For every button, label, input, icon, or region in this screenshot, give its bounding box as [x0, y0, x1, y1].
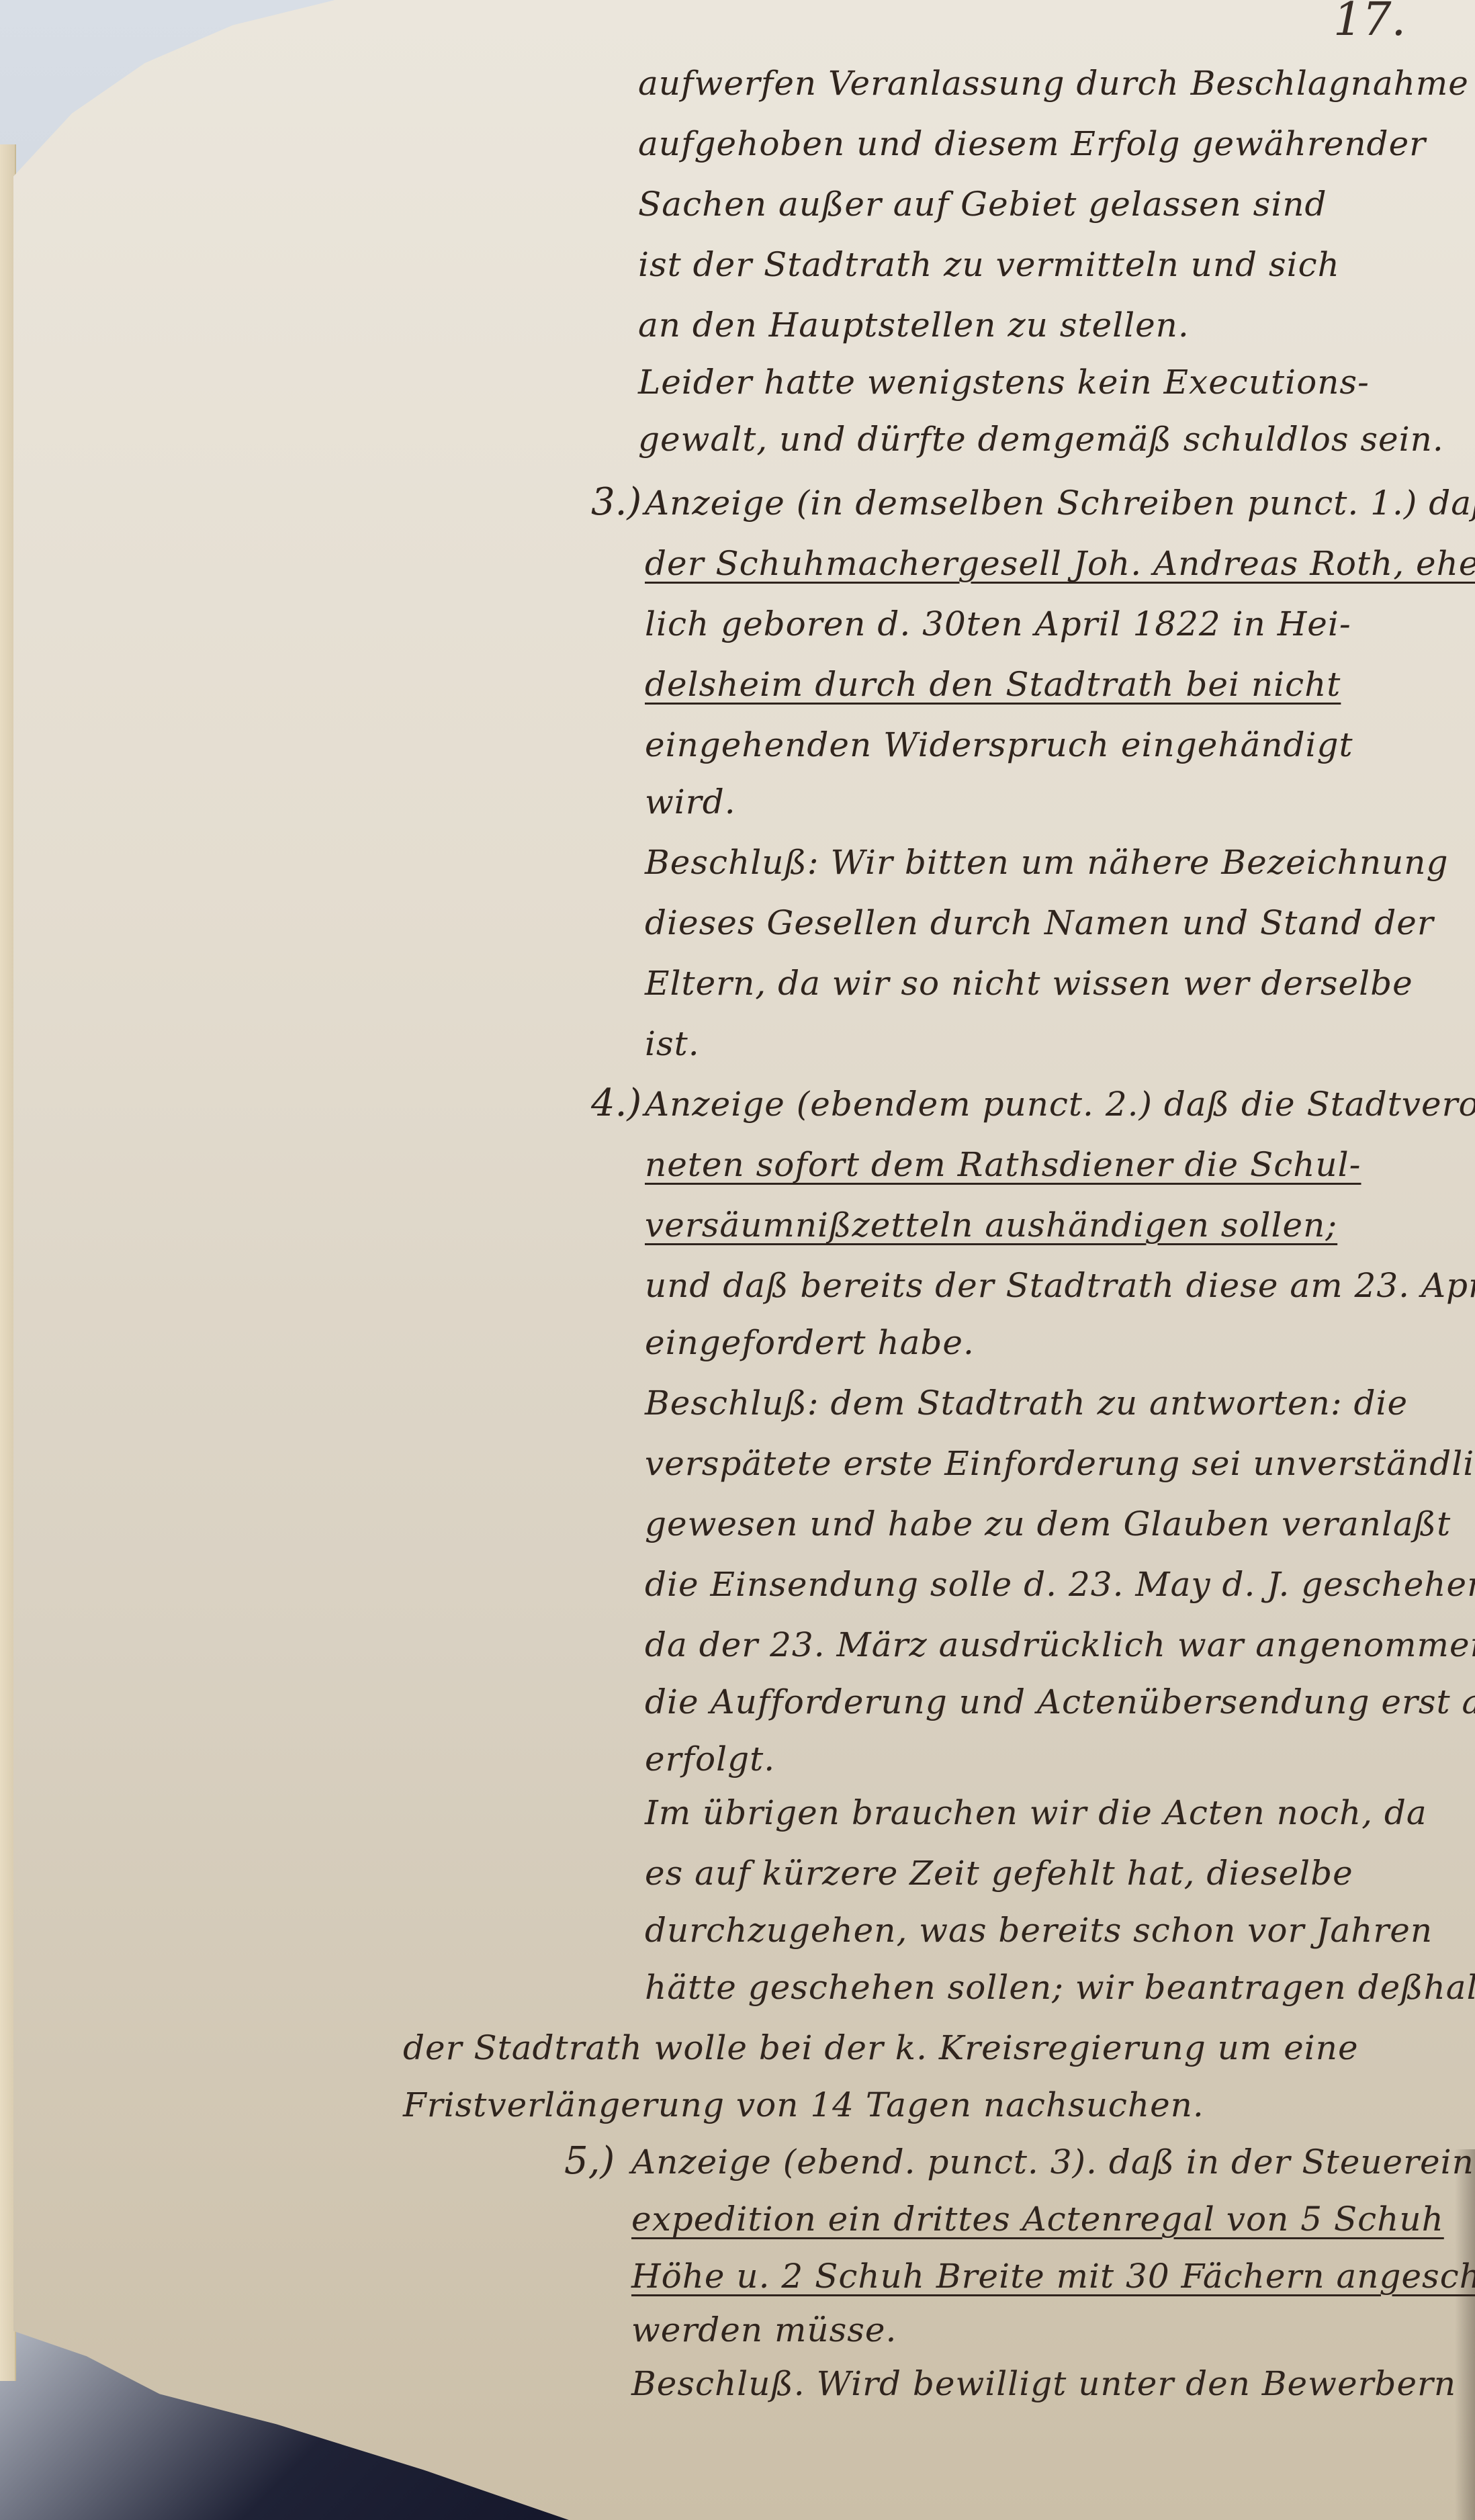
resolution-line: Beschluß: dem Stadtrath zu antworten: di… — [645, 1384, 1408, 1423]
resolution-line: Eltern, da wir so nicht wissen wer derse… — [645, 964, 1413, 1003]
resolution-line: die Aufforderung und Actenübersendung er… — [645, 1682, 1475, 1721]
resolution-line: Im übrigen brauchen wir die Acten noch, … — [645, 1793, 1427, 1832]
text-line: gewalt, und dürfte demgemäß schuldlos se… — [638, 420, 1444, 459]
page-edge-shadow — [1455, 2149, 1475, 2520]
text-line: Anzeige (ebend. punct. 3). daß in der St… — [631, 2143, 1475, 2181]
resolution-line: erfolgt. — [645, 1740, 775, 1779]
resolution-line: durchzugehen, was bereits schon vor Jahr… — [645, 1911, 1433, 1950]
text-line: aufwerfen Veranlassung durch Beschlagnah… — [638, 64, 1469, 103]
resolution-line: da der 23. März ausdrücklich war angenom… — [645, 1625, 1475, 1664]
resolution-line: es auf kürzere Zeit gefehlt hat, dieselb… — [645, 1854, 1353, 1893]
resolution-line: Beschluß. Wird bewilligt unter den Bewer… — [631, 2364, 1456, 2403]
text-line: Sachen außer auf Gebiet gelassen sind — [638, 185, 1327, 224]
item-number: 4.) — [591, 1081, 641, 1125]
text-line: und daß bereits der Stadtrath diese am 2… — [645, 1266, 1475, 1305]
resolution-line: dieses Gesellen durch Namen und Stand de… — [645, 903, 1434, 942]
item-number: 5,) — [564, 2139, 615, 2183]
text-line: Höhe u. 2 Schuh Breite mit 30 Fächern an… — [631, 2257, 1475, 2296]
resolution-line: Fristverlängerung von 14 Tagen nachsuche… — [403, 2085, 1204, 2124]
resolution-line: verspätete erste Einforderung sei unvers… — [645, 1444, 1475, 1483]
text-line: lich geboren d. 30ten April 1822 in Hei- — [645, 604, 1351, 643]
text-line: ist der Stadtrath zu vermitteln und sich — [638, 245, 1340, 284]
text-line: Anzeige (in demselben Schreiben punct. 1… — [645, 484, 1475, 523]
text-line: wird. — [645, 782, 736, 821]
folio-number: 17. — [1333, 0, 1406, 46]
text-line: eingehenden Widerspruch eingehändigt — [645, 725, 1353, 764]
text-line: neten sofort dem Rathsdiener die Schul- — [645, 1145, 1361, 1184]
resolution-line: der Stadtrath wolle bei der k. Kreisregi… — [403, 2028, 1359, 2067]
resolution-line: Beschluß: Wir bitten um nähere Bezeichnu… — [645, 843, 1448, 882]
text-line: an den Hauptstellen zu stellen. — [638, 306, 1190, 345]
text-line: aufgehoben und diesem Erfolg gewährender — [638, 124, 1426, 163]
item-number: 3.) — [591, 480, 641, 524]
resolution-line: gewesen und habe zu dem Glauben veranlaß… — [645, 1504, 1451, 1543]
text-line: Leider hatte wenigstens kein Executions- — [638, 363, 1370, 402]
resolution-line: ist. — [645, 1024, 700, 1063]
text-line: werden müsse. — [631, 2310, 897, 2349]
text-line: eingefordert habe. — [645, 1323, 975, 1362]
text-line: expedition ein drittes Actenregal von 5 … — [631, 2200, 1444, 2239]
resolution-line: hätte geschehen sollen; wir beantragen d… — [645, 1968, 1475, 2007]
text-line: Anzeige (ebendem punct. 2.) daß die Stad… — [645, 1085, 1475, 1124]
text-line: versäumnißzetteln aushändigen sollen; — [645, 1206, 1337, 1245]
text-line: delsheim durch den Stadtrath bei nicht — [645, 665, 1341, 704]
text-line: der Schuhmachergesell Joh. Andreas Roth,… — [645, 544, 1475, 583]
resolution-line: die Einsendung solle d. 23. May d. J. ge… — [645, 1565, 1475, 1604]
